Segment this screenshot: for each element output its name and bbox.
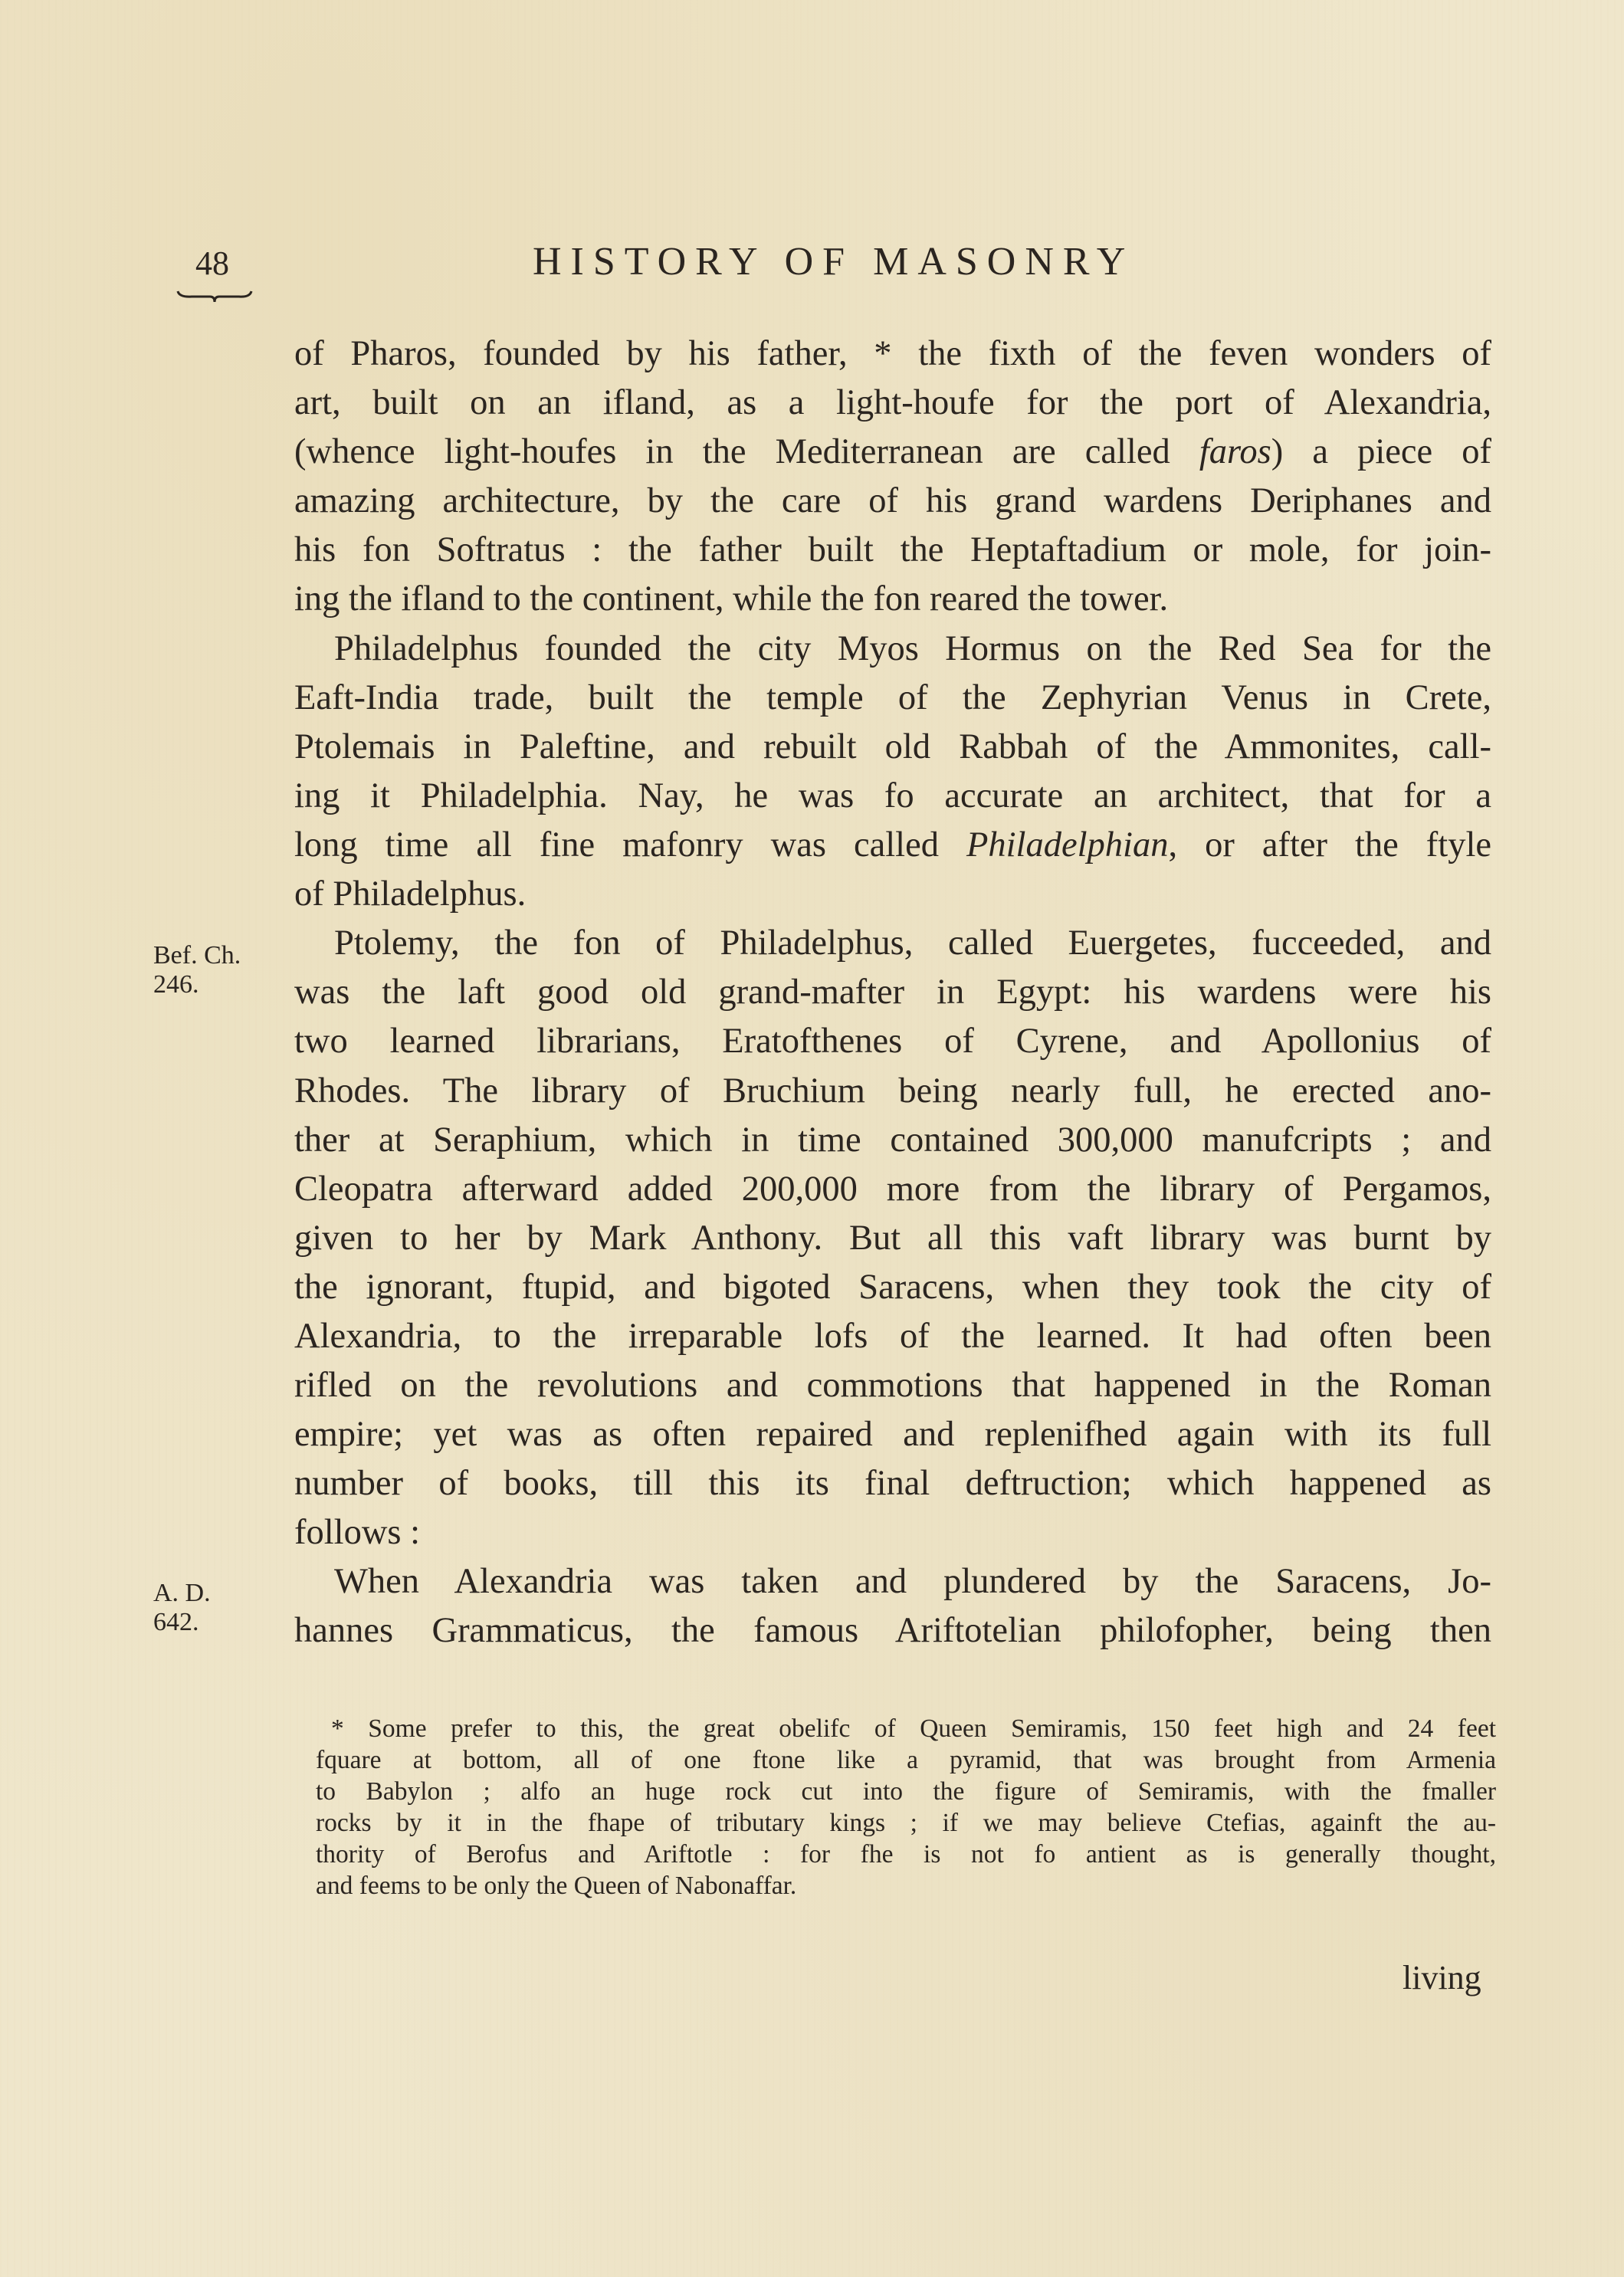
body-line: ing the ifland to the continent, while t… bbox=[294, 575, 1491, 624]
body-line: of Pharos, founded by his father, * the … bbox=[294, 330, 1491, 379]
footnote-line: and feems to be only the Queen of Nabona… bbox=[316, 1870, 1496, 1902]
body-line: Alexandria, to the irreparable lofs of t… bbox=[294, 1312, 1491, 1361]
body-line: (whence light-houfes in the Mediterranea… bbox=[294, 428, 1491, 477]
body-line: Eaft-India trade, built the temple of th… bbox=[294, 674, 1491, 723]
body-line: Cleopatra afterward added 200,000 more f… bbox=[294, 1165, 1491, 1214]
body-line: the ignorant, ftupid, and bigoted Sarace… bbox=[294, 1263, 1491, 1312]
margin-note-year: 642. bbox=[153, 1608, 211, 1637]
body-line: empire; yet was as often repaired and re… bbox=[294, 1410, 1491, 1459]
body-line: follows : bbox=[294, 1508, 1491, 1557]
running-head: HISTORY OF MASONRY bbox=[533, 239, 1134, 284]
body-line: Ptolemais in Paleftine, and rebuilt old … bbox=[294, 723, 1491, 772]
footnote-line: * Some prefer to this, the great obelifc… bbox=[316, 1713, 1496, 1745]
body-line: given to her by Mark Anthony. But all th… bbox=[294, 1214, 1491, 1263]
footnote-line: rocks by it in the fhape of tributary ki… bbox=[316, 1807, 1496, 1839]
margin-note-label: A. D. bbox=[153, 1579, 211, 1608]
margin-note-bef-ch: Bef. Ch. 246. bbox=[153, 941, 241, 999]
body-line: art, built on an ifland, as a light-houf… bbox=[294, 379, 1491, 428]
page-number-ornament-icon bbox=[176, 290, 253, 303]
body-line: rifled on the revolutions and commotions… bbox=[294, 1361, 1491, 1410]
margin-note-label: Bef. Ch. bbox=[153, 941, 241, 970]
body-line: When Alexandria was taken and plundered … bbox=[294, 1557, 1491, 1606]
body-line: Ptolemy, the fon of Philadelphus, called… bbox=[294, 919, 1491, 968]
body-line: number of books, till this its final def… bbox=[294, 1459, 1491, 1508]
body-line: Rhodes. The library of Bruchium being ne… bbox=[294, 1067, 1491, 1116]
body-line: Philadelphus founded the city Myos Hormu… bbox=[294, 625, 1491, 674]
margin-note-ad: A. D. 642. bbox=[153, 1579, 211, 1637]
margin-note-year: 246. bbox=[153, 970, 241, 999]
page-number: 48 bbox=[195, 244, 229, 283]
body-line: ther at Seraphium, which in time contain… bbox=[294, 1116, 1491, 1165]
footnote-line: thority of Berofus and Ariftotle : for f… bbox=[316, 1839, 1496, 1871]
footnote-line: fquare at bottom, all of one ftone like … bbox=[316, 1744, 1496, 1777]
body-line: hannes Grammaticus, the famous Ariftotel… bbox=[294, 1606, 1491, 1655]
footnote-line: to Babylon ; alfo an huge rock cut into … bbox=[316, 1776, 1496, 1808]
body-line: of Philadelphus. bbox=[294, 870, 1491, 919]
body-line: amazing architecture, by the care of his… bbox=[294, 477, 1491, 526]
body-line: ing it Philadelphia. Nay, he was fo accu… bbox=[294, 772, 1491, 821]
body-line: two learned librarians, Eratofthenes of … bbox=[294, 1017, 1491, 1066]
catchword: living bbox=[1403, 1958, 1481, 1997]
body-line: long time all fine mafonry was called Ph… bbox=[294, 821, 1491, 870]
body-line: was the laft good old grand-mafter in Eg… bbox=[294, 968, 1491, 1017]
body-line: his fon Softratus : the father built the… bbox=[294, 526, 1491, 575]
